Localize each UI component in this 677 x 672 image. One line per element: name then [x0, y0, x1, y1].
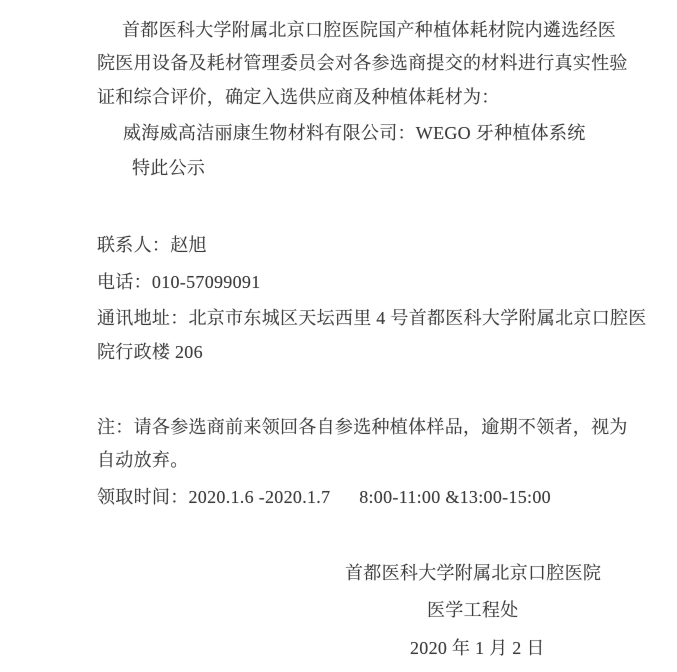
public-notice-line: 特此公示: [132, 158, 205, 178]
contact-person-line: 联系人：赵旭: [97, 235, 207, 255]
note-line-1: 注：请各参选商前来领回各自参选种植体样品，逾期不领者，视为: [97, 417, 628, 437]
intro-line-1: 首都医科大学附属北京口腔医院国产种植体耗材院内遴选经医: [122, 20, 616, 40]
pickup-time-line: 领取时间：2020.1.6 -2020.1.7 8:00-11:00 &13:0…: [97, 487, 551, 507]
contact-address-line-2: 院行政楼 206: [97, 342, 203, 362]
intro-line-3: 证和综合评价，确定入选供应商及种植体耗材为：: [97, 87, 500, 107]
document-page: 首都医科大学附属北京口腔医院国产种植体耗材院内遴选经医 院医用设备及耗材管理委员…: [0, 0, 677, 672]
signature-dept: 医学工程处: [427, 600, 519, 620]
intro-line-2: 院医用设备及耗材管理委员会对各参选商提交的材料进行真实性验: [97, 53, 628, 73]
contact-address-line-1: 通讯地址：北京市东城区天坛西里 4 号首都医科大学附属北京口腔医: [97, 308, 647, 328]
contact-phone-line: 电话：010-57099091: [97, 272, 261, 292]
signature-org: 首都医科大学附属北京口腔医院: [345, 563, 601, 583]
note-line-2: 自动放弃。: [97, 450, 189, 470]
selected-supplier-line: 威海威高洁丽康生物材料有限公司：WEGO 牙种植体系统: [123, 123, 586, 143]
signature-date: 2020 年 1 月 2 日: [410, 638, 545, 658]
